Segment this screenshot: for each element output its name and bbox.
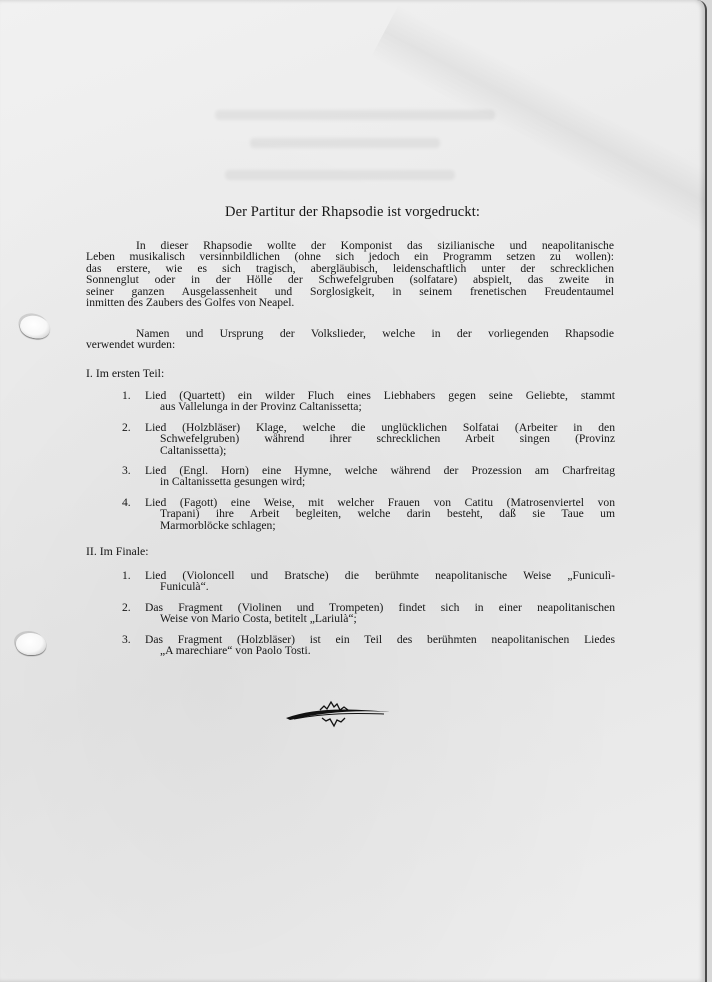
- text-line: Lied (Violoncell und Bratsche) die berüh…: [160, 570, 615, 581]
- document-page: Der Partitur der Rhapsodie ist vorgedruc…: [0, 0, 707, 982]
- list-item: 3. Lied (Engl. Horn) eine Hymne, welche …: [122, 465, 615, 488]
- list-item: 1. Lied (Quartett) ein wilder Fluch eine…: [122, 390, 615, 413]
- list-item: 1. Lied (Violoncell und Bratsche) die be…: [122, 570, 615, 593]
- text-line: Sonnenglut oder in der Hölle der Schwefe…: [86, 274, 614, 285]
- text-line: inmitten des Zaubers des Golfes von Neap…: [86, 297, 614, 308]
- text-line: Caltanissetta);: [160, 445, 615, 456]
- bleed-through-text: [225, 170, 455, 180]
- folk-songs-intro-paragraph: Namen und Ursprung der Volkslieder, welc…: [86, 328, 614, 351]
- text-line: Weise von Mario Costa, betitelt „Lariulà…: [160, 613, 615, 624]
- page-title: Der Partitur der Rhapsodie ist vorgedruc…: [0, 204, 705, 221]
- text-line: Schwefelgruben) während ihrer schrecklic…: [160, 433, 615, 444]
- item-number: 2.: [122, 422, 131, 433]
- first-part-song-list: 1. Lied (Quartett) ein wilder Fluch eine…: [122, 390, 615, 540]
- item-number: 1.: [122, 570, 131, 581]
- item-number: 4.: [122, 497, 131, 508]
- text-line: Trapani) ihre Arbeit begleiten, welche d…: [160, 508, 615, 519]
- list-item: 2. Lied (Holzbläser) Klage, welche die u…: [122, 422, 615, 456]
- section-heading-finale: II. Im Finale:: [86, 544, 149, 559]
- finale-song-list: 1. Lied (Violoncell und Bratsche) die be…: [122, 570, 615, 665]
- punch-hole-icon: [16, 633, 46, 655]
- list-item: 3. Das Fragment (Holzbläser) ist ein Tei…: [122, 634, 615, 657]
- list-item: 4. Lied (Fagott) eine Weise, mit welcher…: [122, 497, 615, 531]
- text-line: verwendet wurden:: [86, 339, 614, 350]
- intro-paragraph: In dieser Rhapsodie wollte der Komponist…: [86, 240, 614, 308]
- text-line: Funiculà“.: [160, 581, 615, 592]
- bleed-through-text: [215, 110, 495, 120]
- punch-hole-icon: [18, 314, 51, 341]
- item-number: 3.: [122, 634, 131, 645]
- item-number: 1.: [122, 390, 131, 401]
- item-number: 2.: [122, 602, 131, 613]
- bleed-through-text: [250, 138, 440, 148]
- text-line: aus Vallelunga in der Provinz Caltanisse…: [160, 401, 615, 412]
- text-line: Marmorblöcke schlagen;: [160, 520, 615, 531]
- section-heading-first-part: I. Im ersten Teil:: [86, 366, 164, 381]
- item-number: 3.: [122, 465, 131, 476]
- text-line: in Caltanissetta gesungen wird;: [160, 476, 615, 487]
- text-line: „A marechiare“ von Paolo Tosti.: [160, 645, 615, 656]
- decorative-flourish-icon: [284, 698, 392, 728]
- list-item: 2. Das Fragment (Violinen und Trompeten)…: [122, 602, 615, 625]
